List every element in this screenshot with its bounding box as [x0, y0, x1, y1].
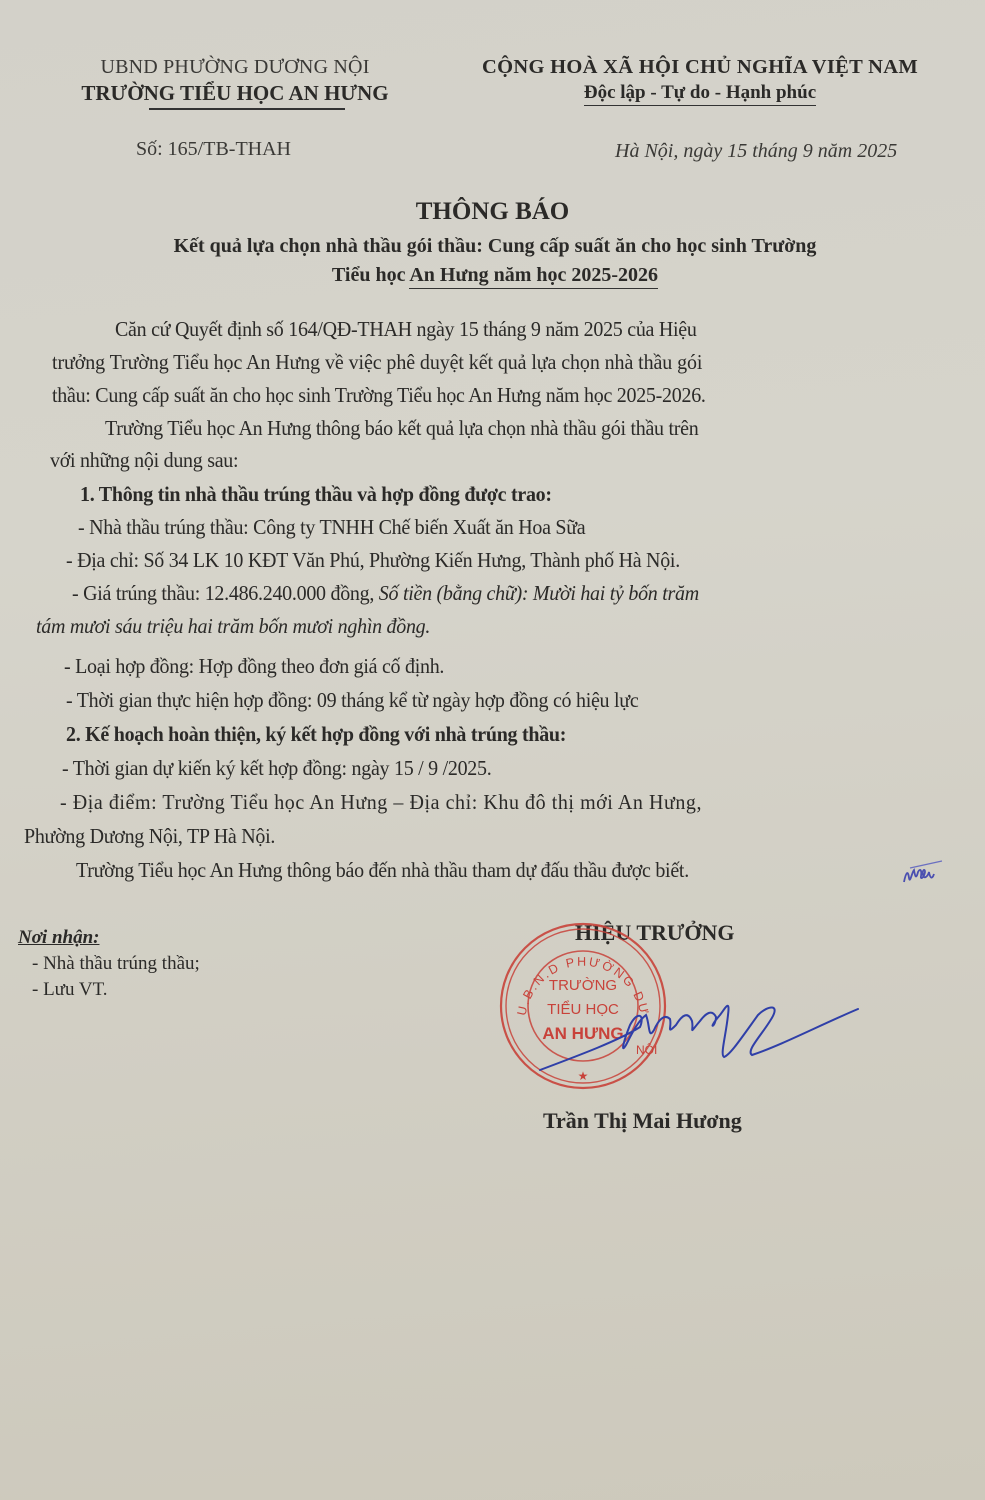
paragraph-1-line-1: Căn cứ Quyết định số 164/QĐ-THAH ngày 15… [115, 317, 697, 342]
header-left-underline [149, 108, 345, 110]
price-in-words: Số tiền (bằng chữ): Mười hai tỷ bốn trăm [379, 581, 699, 605]
document-number: Số: 165/TB-THAH [136, 138, 291, 161]
recipient-item: - Nhà thầu trúng thầu; [18, 951, 200, 977]
place-date: Hà Nội, ngày 15 tháng 9 năm 2025 [615, 140, 897, 163]
signing-location-cont: Phường Dương Nội, TP Hà Nội. [24, 824, 275, 849]
motto: Độc lập - Tự do - Hạnh phúc [584, 82, 816, 106]
subtitle-prefix: Tiểu học [332, 264, 409, 286]
issuing-authority: UBND PHƯỜNG DƯƠNG NỘI TRƯỜNG TIỂU HỌC AN… [40, 56, 430, 110]
recipients: Nơi nhận: - Nhà thầu trúng thầu; - Lưu V… [18, 925, 200, 1003]
document-subtitle: Kết quả lựa chọn nhà thầu gói thầu: Cung… [80, 232, 910, 290]
handwritten-signature-icon [520, 985, 865, 1075]
paragraph-2-line-2: với những nội dung sau: [50, 448, 238, 473]
signer-name: Trần Thị Mai Hương [543, 1108, 742, 1134]
paragraph-2-line-1: Trường Tiểu học An Hưng thông báo kết qu… [105, 416, 698, 441]
school-name: TRƯỜNG TIỂU HỌC AN HƯNG [40, 81, 430, 106]
subtitle-underlined: An Hưng năm học 2025-2026 [409, 264, 658, 289]
initial-mark-icon [898, 858, 948, 888]
contract-duration: - Thời gian thực hiện hợp đồng: 09 tháng… [66, 688, 638, 713]
authority-line: UBND PHƯỜNG DƯƠNG NỘI [40, 56, 430, 79]
price-amount: - Giá trúng thầu: 12.486.240.000 đồng, [72, 581, 379, 605]
document-title: THÔNG BÁO [0, 198, 985, 226]
closing-statement: Trường Tiểu học An Hưng thông báo đến nh… [76, 858, 689, 883]
paragraph-1-line-2: trưởng Trường Tiểu học An Hưng về việc p… [52, 350, 702, 375]
signing-location: - Địa điểm: Trường Tiểu học An Hưng – Đị… [60, 790, 702, 815]
section-2-heading: 2. Kế hoạch hoàn thiện, ký kết hợp đồng … [66, 722, 566, 747]
subtitle-line-2: Tiểu học An Hưng năm học 2025-2026 [80, 261, 910, 290]
expected-sign-date: - Thời gian dự kiến ký kết hợp đồng: ngà… [62, 756, 491, 781]
price-in-words-cont: tám mươi sáu triệu hai trăm bốn mươi ngh… [36, 614, 430, 639]
recipients-heading: Nơi nhận: [18, 925, 200, 951]
section-1-heading: 1. Thông tin nhà thầu trúng thầu và hợp … [80, 482, 552, 507]
country-name: CỘNG HOÀ XÃ HỘI CHỦ NGHĨA VIỆT NAM [450, 56, 950, 79]
paragraph-1-line-3: thầu: Cung cấp suất ăn cho học sinh Trườ… [52, 383, 706, 408]
winning-price: - Giá trúng thầu: 12.486.240.000 đồng, S… [72, 581, 699, 606]
winning-contractor: - Nhà thầu trúng thầu: Công ty TNHH Chế … [78, 515, 585, 540]
national-motto: CỘNG HOÀ XÃ HỘI CHỦ NGHĨA VIỆT NAM Độc l… [450, 56, 950, 106]
contract-type: - Loại hợp đồng: Hợp đồng theo đơn giá c… [64, 654, 444, 679]
recipient-item: - Lưu VT. [18, 977, 200, 1003]
contractor-address: - Địa chỉ: Số 34 LK 10 KĐT Văn Phú, Phườ… [66, 548, 680, 573]
subtitle-line-1: Kết quả lựa chọn nhà thầu gói thầu: Cung… [80, 232, 910, 261]
